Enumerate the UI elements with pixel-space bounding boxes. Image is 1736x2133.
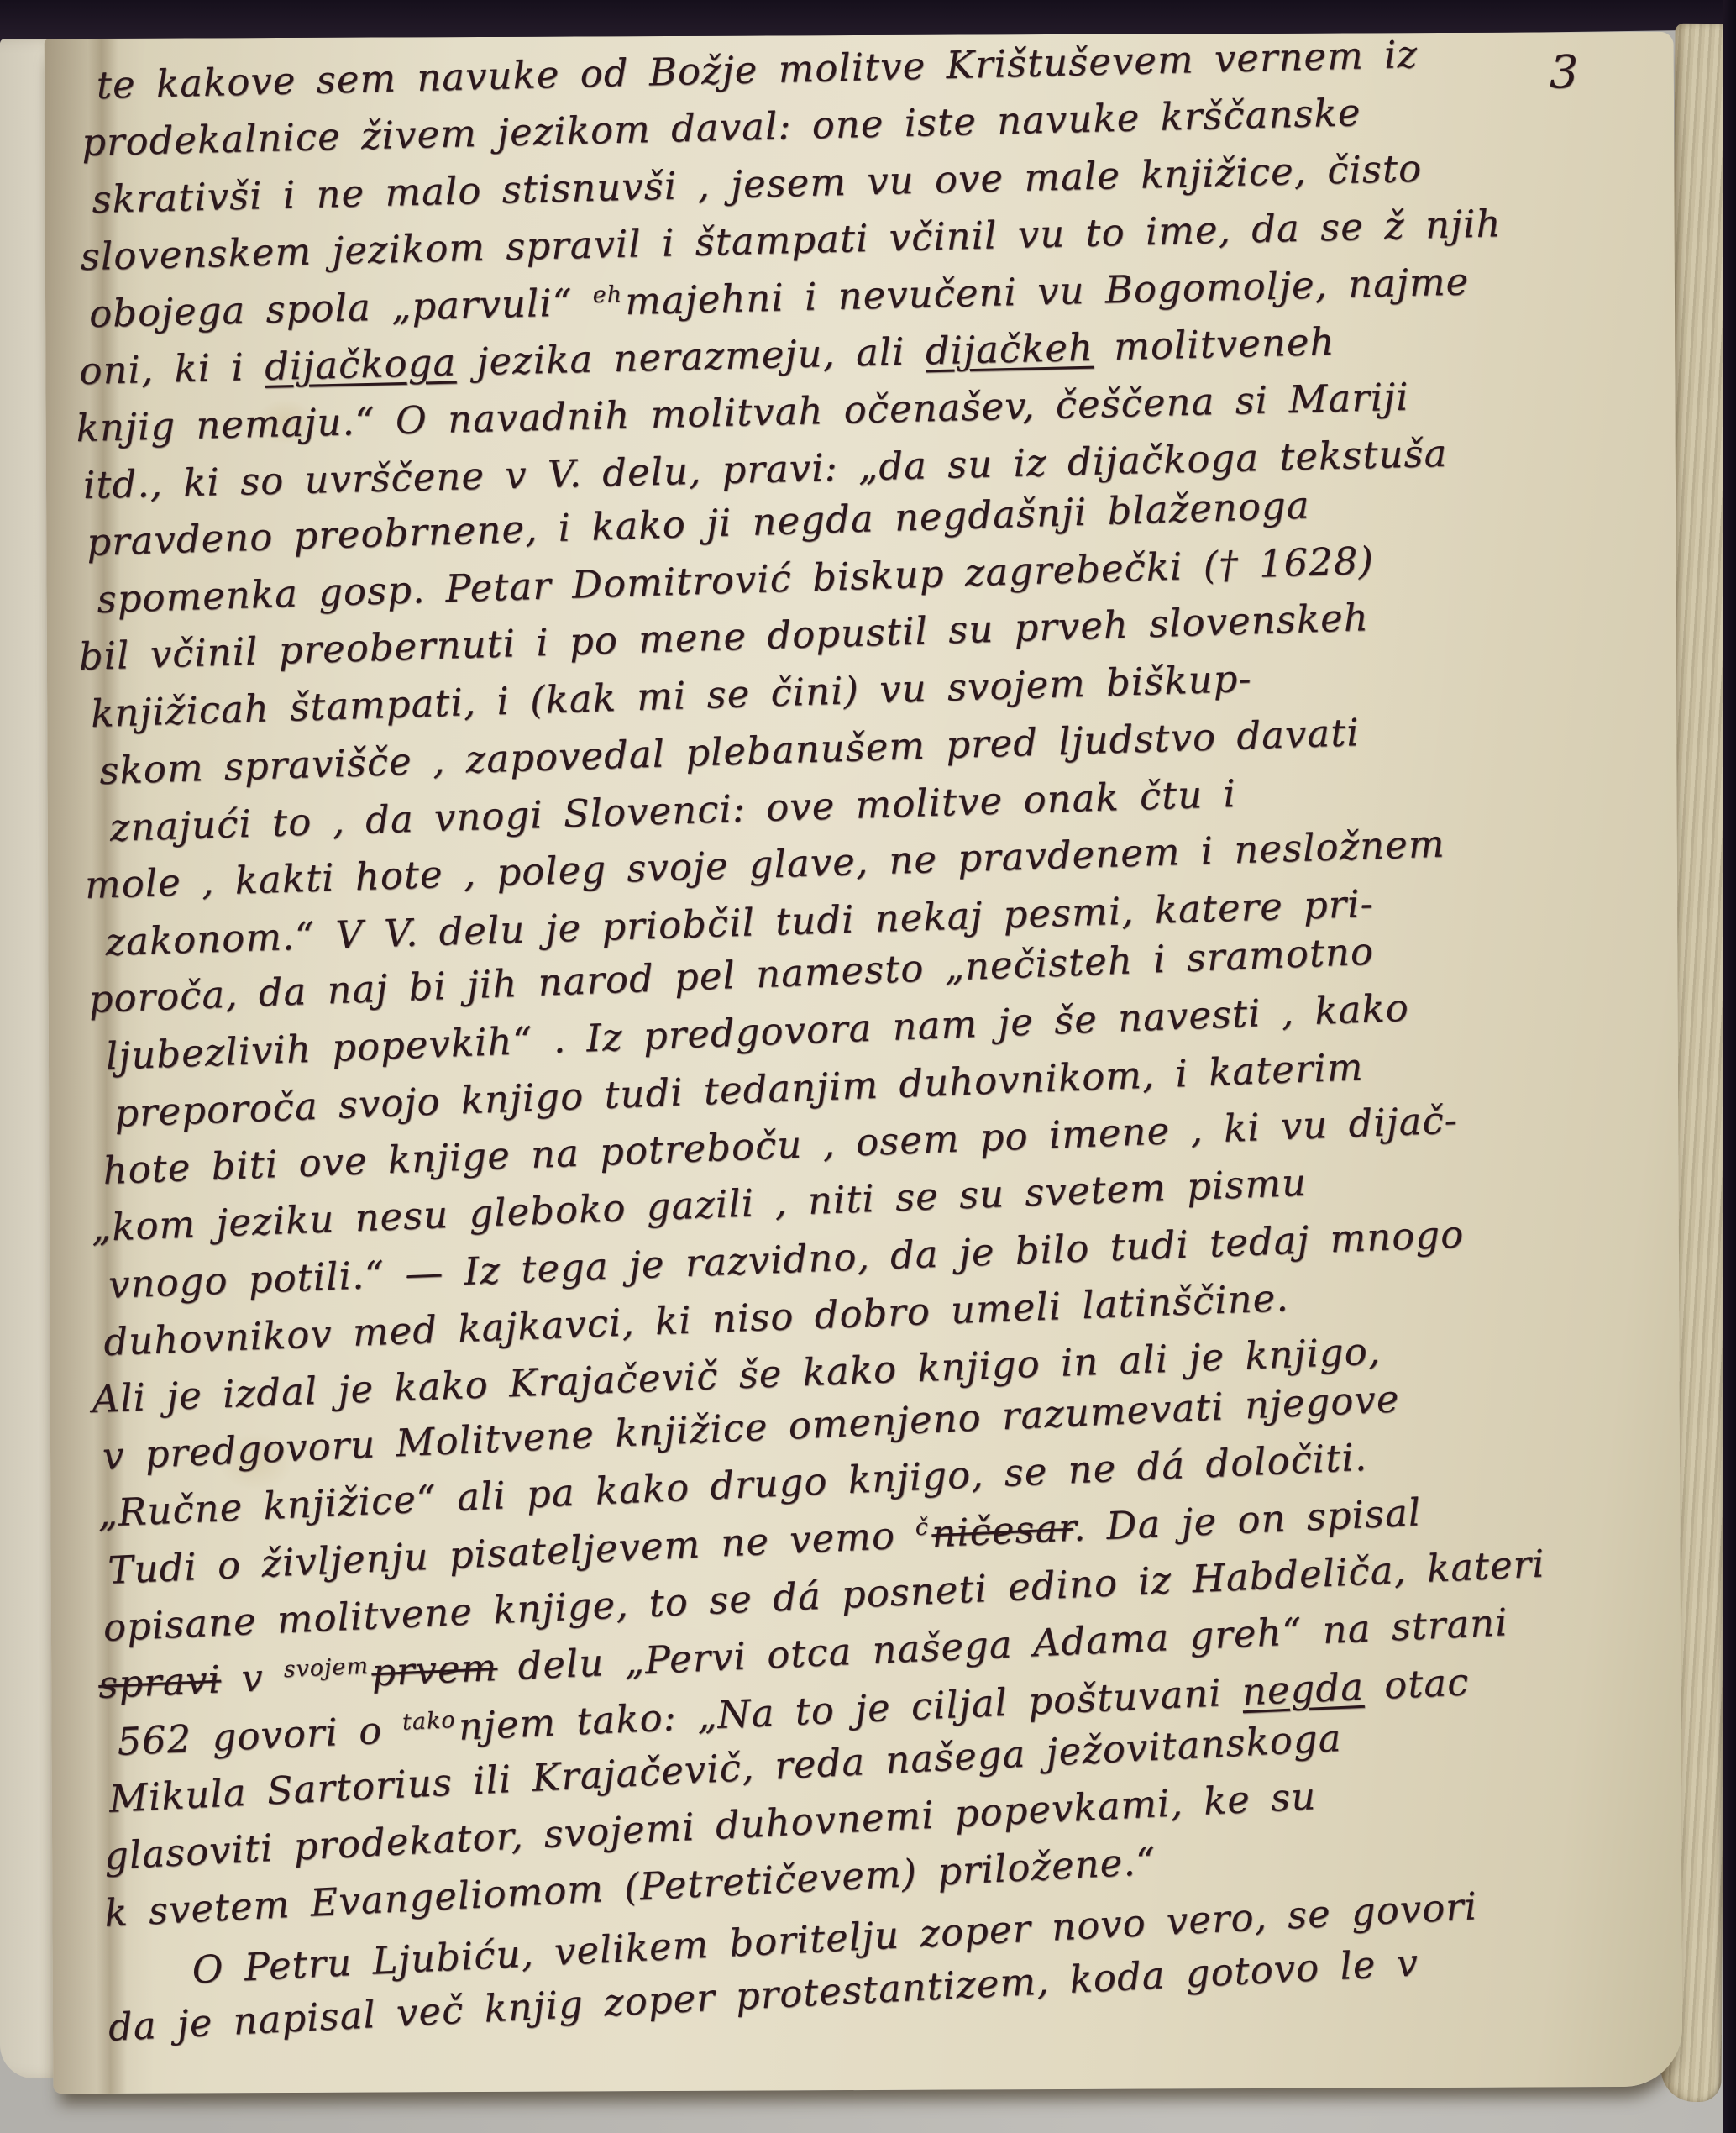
photo-of-manuscript: { "document": { "page_number": "3", "col…: [0, 0, 1736, 2133]
book-cover-right: [1723, 0, 1736, 2133]
manuscript-page: 3 te kakove sem navuke od Božje molitve …: [45, 32, 1683, 2094]
handwritten-text-block: te kakove sem navuke od Božje molitve Kr…: [73, 50, 1665, 2057]
